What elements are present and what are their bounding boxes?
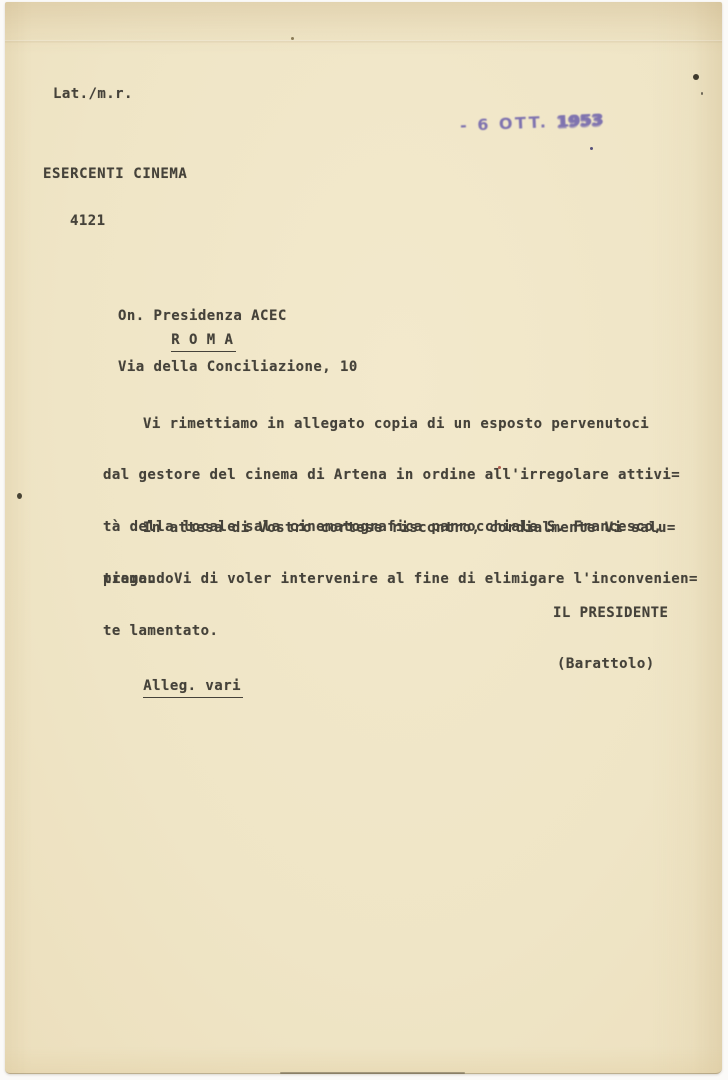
ink-speck [693, 74, 699, 80]
attachments-text: Alleg. vari [143, 678, 243, 697]
signature-name: (Barattolo) [553, 656, 668, 673]
signature-block: IL PRESIDENTE (Barattolo) [553, 570, 668, 708]
ink-speck [291, 37, 294, 40]
ink-speck [498, 466, 501, 469]
letter-page: Lat./m.r. - 6 OTT. 1953 ESERCENTI CINEMA… [5, 2, 722, 1074]
page-edge-smudge [280, 1072, 465, 1074]
body-line: dal gestore del cinema di Artena in ordi… [103, 467, 698, 484]
scanned-letter-viewport: Lat./m.r. - 6 OTT. 1953 ESERCENTI CINEMA… [0, 0, 728, 1080]
body-line: Vi rimettiamo in allegato copia di un es… [103, 416, 698, 433]
recipient-city: R O M A [118, 315, 236, 369]
paper-fold-line [5, 40, 722, 43]
sender-organization: ESERCENTI CINEMA [43, 166, 187, 183]
ink-speck [17, 493, 22, 499]
stamp-day-month: - 6 OTT. [460, 112, 557, 135]
recipient-city-text: R O M A [171, 332, 236, 351]
typist-reference: Lat./m.r. [53, 86, 133, 103]
ink-speck [701, 92, 703, 95]
protocol-number: 4121 [70, 213, 106, 230]
ink-speck [590, 147, 593, 150]
body-line: In attesa di Vostro cortese riscontro, c… [103, 520, 676, 537]
attachments-note: Alleg. vari [90, 661, 243, 715]
signature-title: IL PRESIDENTE [553, 605, 668, 622]
date-received-stamp: - 6 OTT. 1953 [460, 110, 604, 135]
stamp-year: 1953 [556, 110, 603, 131]
